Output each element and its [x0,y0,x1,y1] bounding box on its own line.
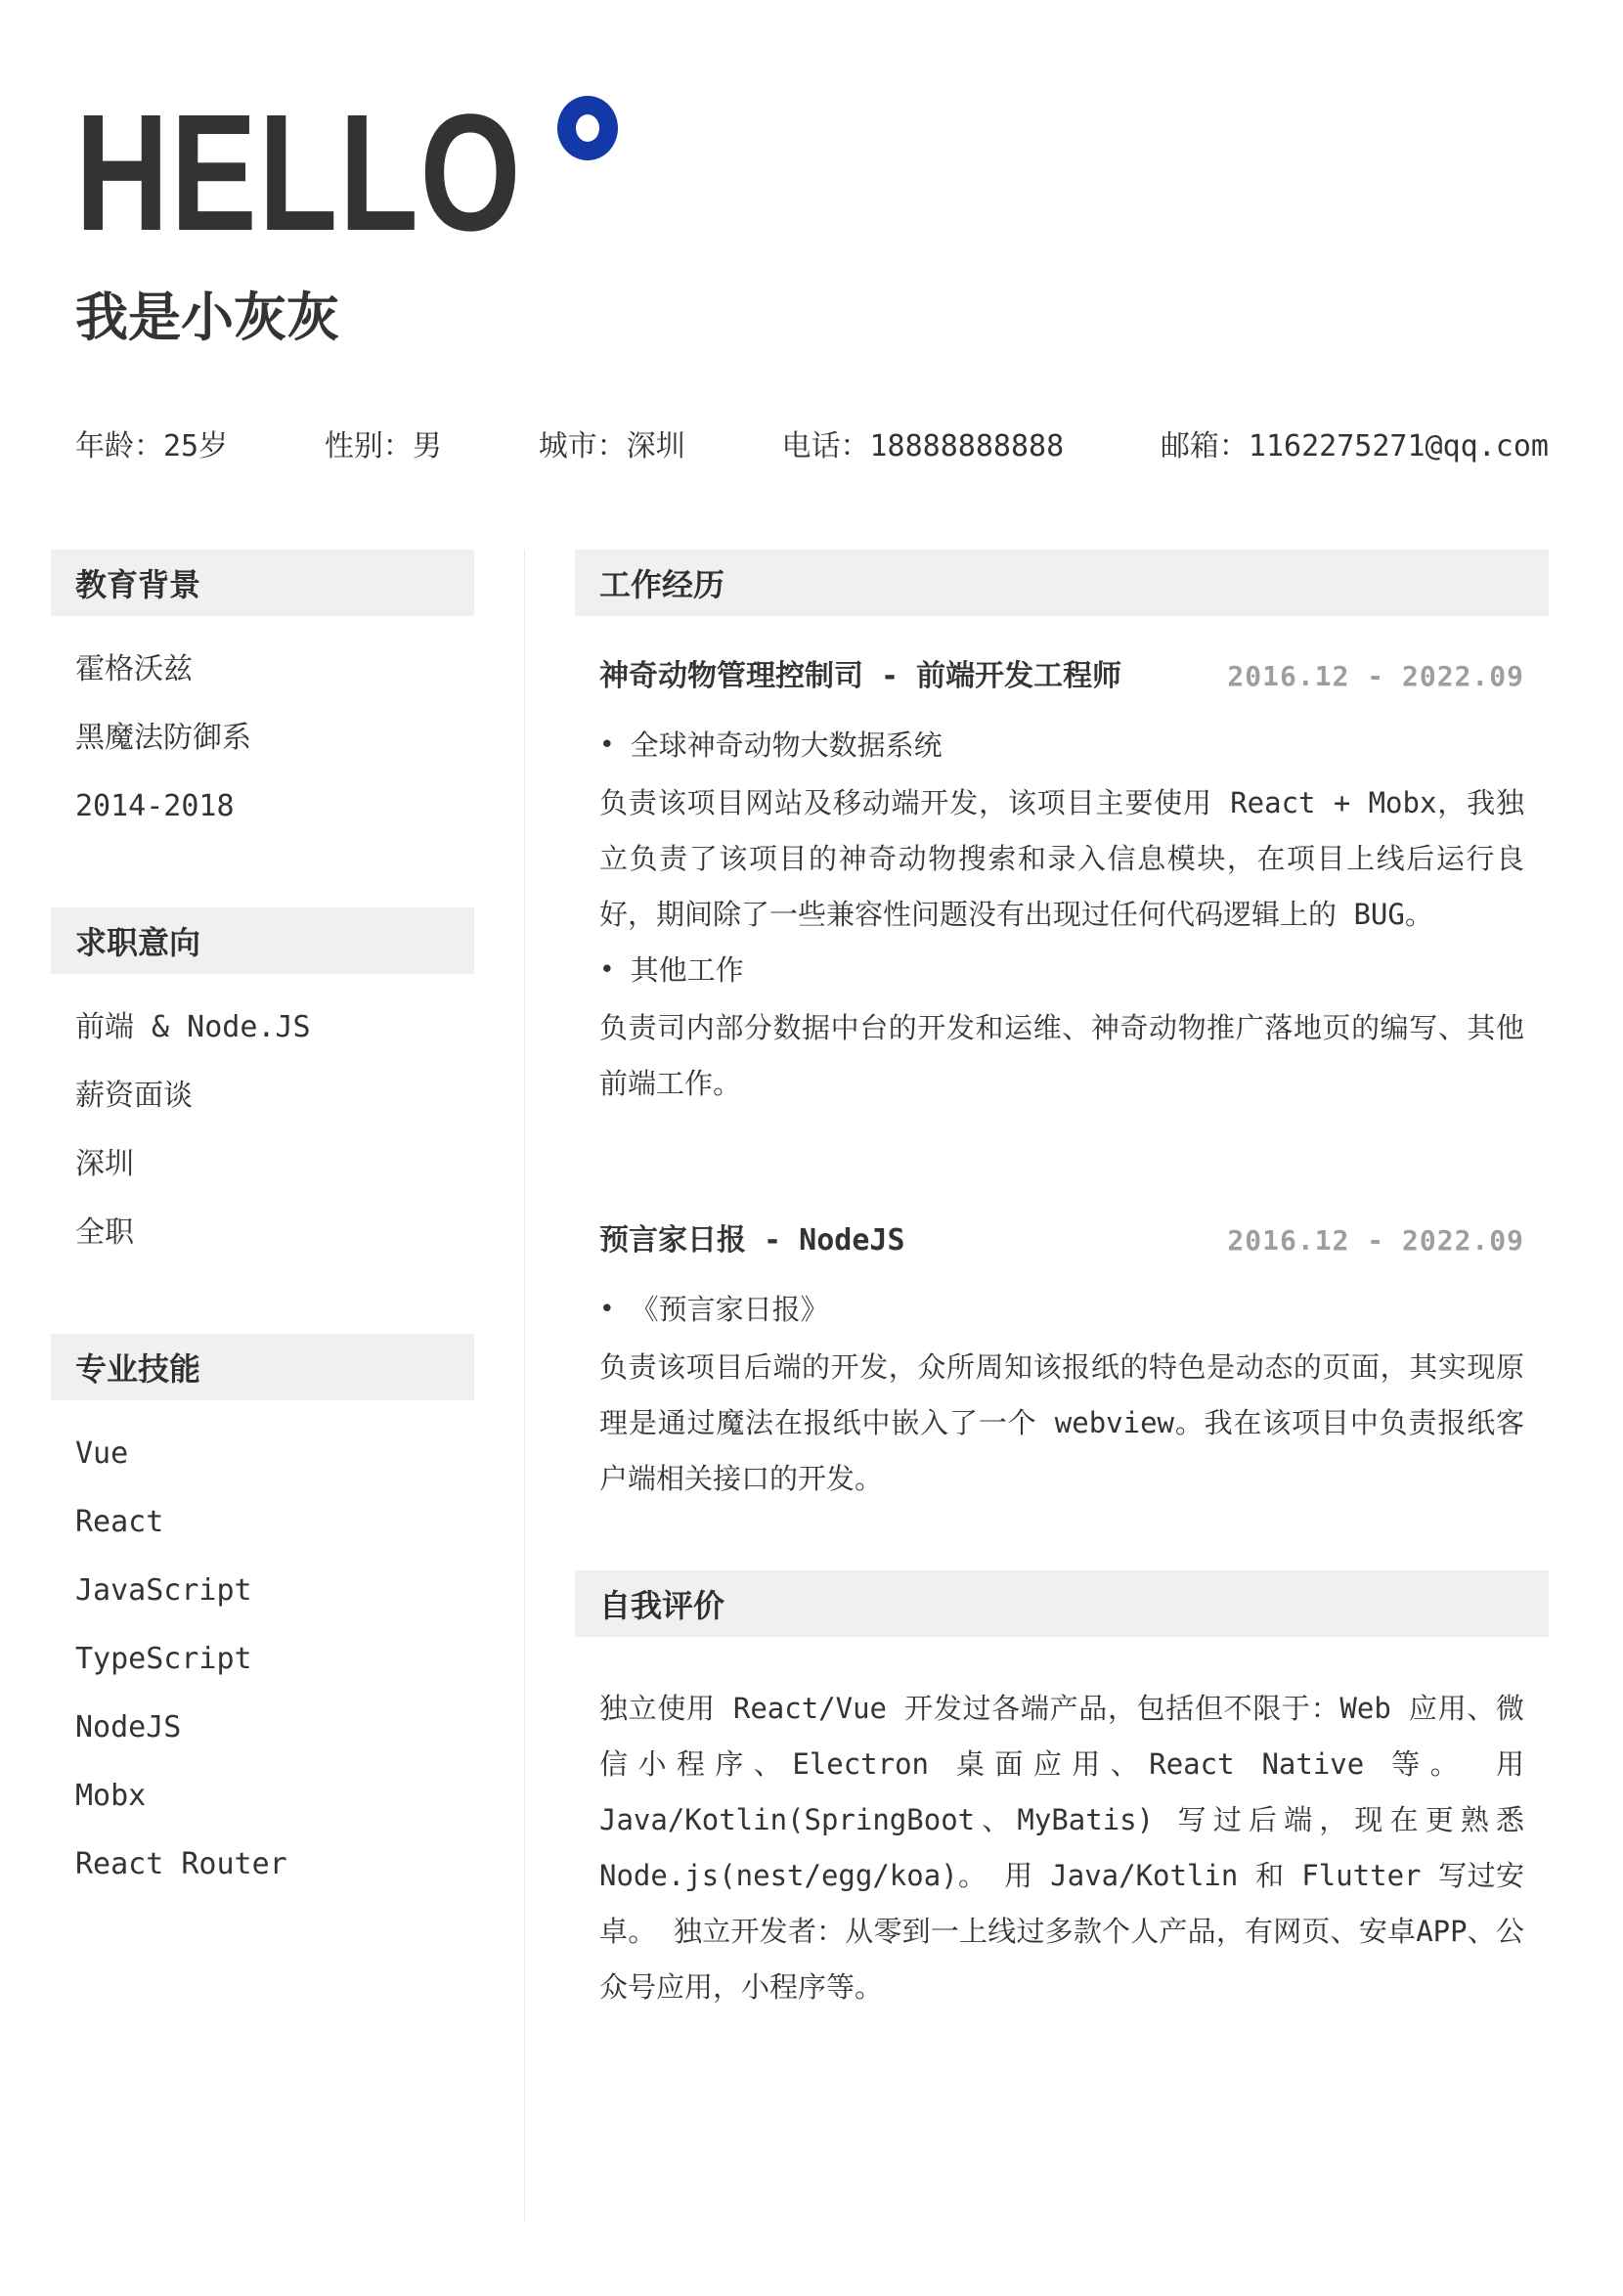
skill-item: React Router [75,1831,474,1899]
hello-title: HELLO [75,90,1549,256]
job-bullet: 全球神奇动物大数据系统 [599,718,1524,775]
job-entry-1: 神奇动物管理控制司 - 前端开发工程师 2016.12 - 2022.09 全球… [599,655,1524,1112]
job-dates: 2016.12 - 2022.09 [1227,1219,1524,1262]
job-title: 神奇动物管理控制司 - 前端开发工程师 [599,655,1121,698]
section-skills: 专业技能 Vue React JavaScript TypeScript Nod… [51,1334,474,1899]
info-city: 城市：深圳 [539,429,685,464]
skill-item: Mobx [75,1762,474,1831]
column-divider [524,550,525,2222]
job-body: 《预言家日报》 负责该项目后端的开发，众所周知该报纸的特色是动态的页面，其实现原… [599,1282,1524,1507]
job-paragraph: 负责该项目后端的开发，众所周知该报纸的特色是动态的页面，其实现原理是通过魔法在报… [599,1340,1524,1507]
right-column: 工作经历 神奇动物管理控制司 - 前端开发工程师 2016.12 - 2022.… [575,550,1549,2015]
skill-item: JavaScript [75,1557,474,1625]
info-email: 邮箱：1162275271@qq.com [1161,429,1549,464]
accent-ring-icon [557,96,618,160]
education-item: 2014-2018 [75,773,474,841]
info-phone: 电话：18888888888 [781,429,1064,464]
job-entry-2: 预言家日报 - NodeJS 2016.12 - 2022.09 《预言家日报》… [599,1219,1524,1507]
section-title-education: 教育背景 [51,550,474,616]
work-section-body: 神奇动物管理控制司 - 前端开发工程师 2016.12 - 2022.09 全球… [575,655,1549,1507]
section-title-evaluation: 自我评价 [575,1570,1549,1637]
section-job-intent: 求职意向 前端 & Node.JS 薪资面谈 深圳 全职 [51,907,474,1267]
info-gender: 性别：男 [325,429,442,464]
person-name: 我是小灰灰 [75,291,1549,344]
resume-page: HELLO 我是小灰灰 年龄：25岁 性别：男 城市：深圳 电话：1888888… [0,0,1623,2296]
job-bullet: 《预言家日报》 [599,1282,1524,1340]
left-column: 教育背景 霍格沃兹 黑魔法防御系 2014-2018 求职意向 前端 & Nod… [51,550,474,1899]
job-intent-item: 全职 [75,1199,474,1267]
education-item: 黑魔法防御系 [75,704,474,773]
section-education: 教育背景 霍格沃兹 黑魔法防御系 2014-2018 [51,550,474,841]
job-intent-item: 薪资面谈 [75,1062,474,1130]
section-evaluation: 自我评价 独立使用 React/Vue 开发过各端产品，包括但不限于：Web 应… [575,1570,1549,2015]
skill-item: React [75,1488,474,1557]
education-list: 霍格沃兹 黑魔法防御系 2014-2018 [51,636,474,841]
skills-list: Vue React JavaScript TypeScript NodeJS M… [51,1420,474,1899]
job-paragraph: 负责该项目网站及移动端开发，该项目主要使用 React + Mobx，我独立负责… [599,775,1524,943]
job-intent-list: 前端 & Node.JS 薪资面谈 深圳 全职 [51,993,474,1267]
section-title-work: 工作经历 [575,550,1549,616]
section-title-skills: 专业技能 [51,1334,474,1400]
skill-item: Vue [75,1420,474,1488]
job-title: 预言家日报 - NodeJS [599,1219,905,1262]
job-paragraph: 负责司内部分数据中台的开发和运维、神奇动物推广落地页的编写、其他前端工作。 [599,1000,1524,1112]
evaluation-text: 独立使用 React/Vue 开发过各端产品，包括但不限于：Web 应用、微信小… [599,1681,1524,2015]
hello-text: HELLO [75,90,522,256]
resume-header: HELLO 我是小灰灰 年龄：25岁 性别：男 城市：深圳 电话：1888888… [0,90,1623,464]
skill-item: TypeScript [75,1625,474,1694]
section-title-job-intent: 求职意向 [51,907,474,974]
job-intent-item: 深圳 [75,1130,474,1199]
info-age: 年龄：25岁 [75,429,228,464]
evaluation-body: 独立使用 React/Vue 开发过各端产品，包括但不限于：Web 应用、微信小… [575,1681,1549,2015]
content-columns: 教育背景 霍格沃兹 黑魔法防御系 2014-2018 求职意向 前端 & Nod… [51,550,1549,2222]
job-intent-item: 前端 & Node.JS [75,993,474,1062]
education-item: 霍格沃兹 [75,636,474,704]
job-head: 神奇动物管理控制司 - 前端开发工程师 2016.12 - 2022.09 [599,655,1524,698]
job-bullet: 其他工作 [599,943,1524,1000]
job-body: 全球神奇动物大数据系统 负责该项目网站及移动端开发，该项目主要使用 React … [599,718,1524,1112]
job-dates: 2016.12 - 2022.09 [1227,655,1524,698]
job-head: 预言家日报 - NodeJS 2016.12 - 2022.09 [599,1219,1524,1262]
skill-item: NodeJS [75,1694,474,1762]
contact-info-row: 年龄：25岁 性别：男 城市：深圳 电话：18888888888 邮箱：1162… [75,429,1549,464]
